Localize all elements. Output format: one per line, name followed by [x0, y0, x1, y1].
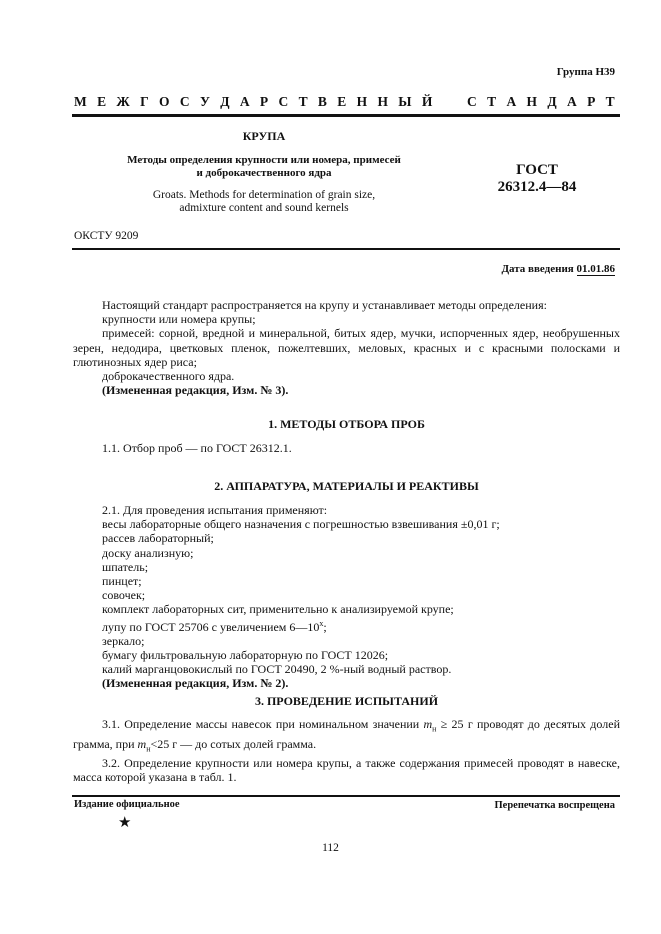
list-item: лупу по ГОСТ 25706 с увеличением 6—10х; — [73, 617, 620, 634]
list-item-text: лупу по ГОСТ 25706 с увеличением 6—10 — [102, 620, 319, 634]
header-rule — [72, 114, 620, 117]
title-letter: Т — [299, 94, 308, 110]
title-letter: Н — [357, 94, 368, 110]
official-edition-label: Издание официальное — [74, 799, 180, 810]
title-letter: Е — [97, 94, 106, 110]
paragraph: Настоящий стандарт распространяется на к… — [73, 298, 620, 312]
list-item: шпатель; — [73, 560, 620, 574]
amendment-note: (Измененная редакция, Изм. № 2). — [73, 676, 620, 690]
subtitle-line: и доброкачественного ядра — [74, 167, 454, 180]
title-letter: А — [506, 94, 516, 110]
title-rule — [72, 248, 620, 250]
paragraph: крупности или номера крупы; — [73, 312, 620, 326]
title-letter: Е — [337, 94, 346, 110]
group-label: Группа Н39 — [557, 66, 615, 78]
document-title: КРУПА — [74, 129, 454, 144]
intro-section: Настоящий стандарт распространяется на к… — [73, 298, 620, 397]
title-letter: А — [567, 94, 577, 110]
variable-m: m — [138, 737, 147, 751]
list-item: пинцет; — [73, 574, 620, 588]
title-letter: Р — [260, 94, 268, 110]
intro-date-label: Дата введения — [501, 263, 573, 275]
title-letter: Н — [527, 94, 538, 110]
page-number: 112 — [0, 842, 661, 854]
list-item: совочек; — [73, 588, 620, 602]
title-letter: О — [159, 94, 170, 110]
reprint-prohibited-label: Перепечатка воспрещена — [495, 800, 615, 811]
title-letter: Р — [587, 94, 595, 110]
okstu-code: ОКСТУ 9209 — [74, 230, 138, 242]
paragraph: 3.2. Определение крупности или номера кр… — [73, 756, 620, 784]
paragraph: 1.1. Отбор проб — по ГОСТ 26312.1. — [73, 441, 620, 455]
section-heading: 3. ПРОВЕДЕНИЕ ИСПЫТАНИЙ — [73, 694, 620, 709]
list-item-tail: ; — [323, 620, 326, 634]
gost-designation: ГОСТ 26312.4—84 — [462, 162, 612, 195]
title-letter: Ж — [116, 94, 129, 110]
list-item: калий марганцовокислый по ГОСТ 20490, 2 … — [73, 662, 620, 676]
paragraph: доброкачественного ядра. — [73, 369, 620, 383]
list-item: бумагу фильтровальную лабораторную по ГО… — [73, 648, 620, 662]
title-letter: А — [240, 94, 250, 110]
list-item: весы лабораторные общего назначения с по… — [73, 517, 620, 531]
title-letter: Т — [487, 94, 496, 110]
section-heading: 1. МЕТОДЫ ОТБОРА ПРОБ — [73, 417, 620, 432]
list-item: зеркало; — [73, 634, 620, 648]
title-letter: Н — [377, 94, 388, 110]
gost-label: ГОСТ — [462, 162, 612, 179]
english-title-line: admixture content and sound kernels — [74, 202, 454, 215]
list-item: рассев лабораторный; — [73, 531, 620, 545]
title-letter: С — [278, 94, 288, 110]
title-letter: С — [467, 94, 477, 110]
standard-type-title: М Е Ж Г О С У Д А Р С Т В Е Н Н Ы Й С Т … — [74, 94, 615, 110]
title-letter: С — [180, 94, 190, 110]
paragraph: примесей: сорной, вредной и минеральной,… — [73, 326, 620, 369]
title-letter: Д — [547, 94, 556, 110]
title-letter: У — [200, 94, 210, 110]
title-letter: Й — [422, 94, 433, 110]
title-letter: Г — [140, 94, 149, 110]
title-letter: Ы — [398, 94, 411, 110]
english-title-line: Groats. Methods for determination of gra… — [74, 189, 454, 202]
intro-date: Дата введения 01.01.86 — [501, 263, 615, 275]
section3-body: 3.1. Определение массы навесок при номин… — [73, 717, 620, 785]
variable-m: m — [423, 717, 432, 731]
section2-body: 2.1. Для проведения испытания применяют:… — [73, 503, 620, 691]
text: <25 г — до сотых долей грамма. — [150, 737, 316, 751]
amendment-note: (Измененная редакция, Изм. № 3). — [73, 383, 620, 397]
title-letter: В — [318, 94, 327, 110]
title-letter: Д — [220, 94, 229, 110]
star-icon: ★ — [118, 813, 131, 832]
list-item: доску анализную; — [73, 546, 620, 560]
paragraph: 3.1. Определение массы навесок при номин… — [73, 717, 620, 756]
paragraph: 2.1. Для проведения испытания применяют: — [73, 503, 620, 517]
gost-number: 26312.4—84 — [462, 179, 612, 196]
subtitle-line: Методы определения крупности или номера,… — [74, 154, 454, 167]
english-title: Groats. Methods for determination of gra… — [74, 189, 454, 215]
section-heading: 2. АППАРАТУРА, МАТЕРИАЛЫ И РЕАКТИВЫ — [73, 479, 620, 494]
title-gap — [443, 94, 457, 110]
text: 3.1. Определение массы навесок при номин… — [102, 717, 423, 731]
section1-body: 1.1. Отбор проб — по ГОСТ 26312.1. — [73, 441, 620, 455]
intro-date-value: 01.01.86 — [577, 263, 616, 276]
title-letter: М — [74, 94, 87, 110]
document-subtitle: Методы определения крупности или номера,… — [74, 154, 454, 179]
footer-rule — [72, 795, 620, 797]
list-item: комплект лабораторных сит, применительно… — [73, 602, 620, 616]
title-letter: Т — [606, 94, 615, 110]
